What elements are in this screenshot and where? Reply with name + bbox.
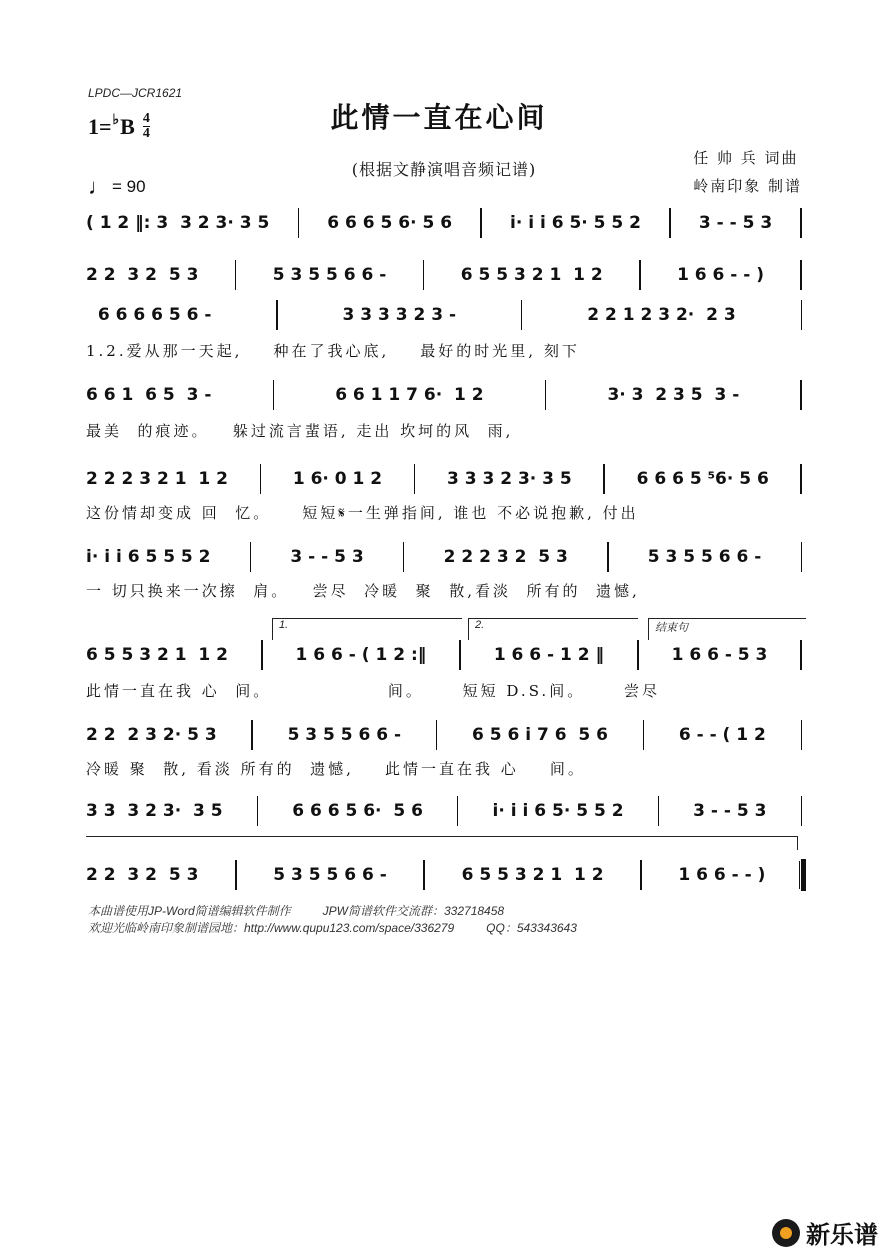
barline	[235, 860, 237, 890]
measure: 3 3 3 2 3· 3 5	[447, 469, 572, 489]
lyric-line: 最美 的痕迹。 躲过流言蜚语, 走出 坎坷的风 雨,	[86, 420, 806, 441]
barline	[414, 464, 416, 494]
barline	[423, 860, 425, 890]
barline	[480, 208, 482, 238]
notation-line: i· i i 6 5 5 5 23 - - 5 32 2 2 3 2 5 35 …	[86, 540, 806, 574]
barline	[801, 300, 803, 330]
measure: 5 3 5 5 6 6 -	[648, 547, 762, 567]
measure: 6 6 6 5 6· 5 6	[292, 801, 423, 821]
barline	[260, 464, 262, 494]
song-title: 此情一直在心间	[0, 96, 888, 136]
barline	[801, 720, 803, 750]
measure: 6 - - ( 1 2	[679, 725, 766, 745]
lyric-line: 冷暖 聚 散, 看淡 所有的 遗憾, 此情一直在我 心 间。	[86, 758, 806, 779]
measure: 3· 3 2 3 5 3 -	[607, 385, 739, 405]
barline	[607, 542, 609, 572]
measure: 2 2 3 2 5 3	[86, 865, 198, 885]
barline	[800, 464, 802, 494]
barline	[235, 260, 237, 290]
site-logo: 新乐谱	[772, 1215, 878, 1250]
footer-row-2: 欢迎光临岭南印象制谱园地：http://www.qupu123.com/spac…	[88, 920, 577, 937]
footer-website: 欢迎光临岭南印象制谱园地：http://www.qupu123.com/spac…	[88, 920, 454, 937]
barline	[603, 464, 605, 494]
measure: 1 6 6 - ( 1 2 :‖	[296, 645, 427, 665]
measure: 6 6 6 5 ⁵6· 5 6	[637, 469, 769, 489]
barline	[403, 542, 405, 572]
barline	[639, 260, 641, 290]
barline	[250, 542, 252, 572]
measure: 1 6 6 - - )	[677, 265, 764, 285]
system-connector-end	[797, 836, 798, 850]
measure: 5 3 5 5 6 6 -	[273, 865, 387, 885]
barline	[637, 640, 639, 670]
notation-line: 3 3 3 2 3· 3 56 6 6 5 6· 5 6i· i i 6 5· …	[86, 794, 806, 828]
measure: 3 - - 5 3	[693, 801, 766, 821]
barline	[801, 796, 803, 826]
measure: 6 6 6 6 5 6 -	[86, 305, 211, 325]
measure: 3 - - 5 3	[290, 547, 363, 567]
barline	[251, 720, 253, 750]
notation-line: 6 6 6 6 5 6 -3 3 3 3 2 3 -2 2 1 2 3 2· 2…	[86, 298, 806, 332]
measure: 3 - - 5 3	[699, 213, 772, 233]
barline	[298, 208, 300, 238]
lyric-line: 这份情却变成 回 忆。 短短𝄋一生弹指间, 谁也 不必说抱歉, 付出	[86, 502, 806, 523]
credit-lyrics-music: 任 帅 兵 词曲	[693, 144, 802, 172]
measure: 1 6 6 - 5 3	[672, 645, 768, 665]
measure: 3 3 3 2 3· 3 5	[86, 801, 223, 821]
measure: 5 3 5 5 6 6 -	[273, 265, 387, 285]
barline	[643, 720, 645, 750]
measure: i· i i 6 5 5 5 2	[86, 547, 211, 567]
notation-line: 6 5 5 3 2 1 1 21 6 6 - ( 1 2 :‖1 6 6 - 1…	[86, 638, 806, 672]
tempo-value: = 90	[112, 177, 146, 197]
footer: 本曲谱使用JP-Word简谱编辑软件制作 JPW简谱软件交流群：33271845…	[88, 903, 577, 937]
measure: 2 2 3 2 5 3	[86, 265, 198, 285]
final-barline	[801, 859, 806, 891]
measure: 6 5 5 3 2 1 1 2	[462, 865, 604, 885]
measure: 6 6 6 5 6· 5 6	[327, 213, 452, 233]
barline	[457, 796, 459, 826]
measure: 3 3 3 3 2 3 -	[343, 305, 457, 325]
measure: 5 3 5 5 6 6 -	[288, 725, 402, 745]
measure: ( 1 2 ‖: 3 3 2 3· 3 5	[86, 213, 269, 233]
measure: 2 2 2 3 2 1 1 2	[86, 469, 228, 489]
logo-text: 新乐谱	[806, 1215, 878, 1250]
measure: 6 5 6 i 7 6 5 6	[472, 725, 608, 745]
measure: 1 6 6 - 1 2 ‖	[494, 645, 604, 665]
barline	[545, 380, 547, 410]
barline	[800, 640, 802, 670]
barline	[800, 208, 802, 238]
lyric-line: 1.2.爱从那一天起, 种在了我心底, 最好的时光里, 刻下	[86, 340, 806, 361]
notation-line: 6 6 1 6 5 3 -6 6 1 1 7 6· 1 23· 3 2 3 5 …	[86, 378, 806, 412]
system-connector	[86, 836, 798, 837]
notation-line: 2 2 2 3 2 1 1 21 6· 0 1 23 3 3 2 3· 3 56…	[86, 462, 806, 496]
barline	[800, 260, 802, 290]
lyric-line: 一 切只换来一次擦 肩。 尝尽 冷暖 聚 散,看淡 所有的 遗憾,	[86, 580, 806, 601]
barline	[436, 720, 438, 750]
lyric-line: 此情一直在我 心 间。 间。 短短 D.S.间。 尝尽	[86, 680, 806, 701]
footer-row-1: 本曲谱使用JP-Word简谱编辑软件制作 JPW简谱软件交流群：33271845…	[88, 903, 577, 920]
measure: 2 2 2 3 2 5 3	[444, 547, 568, 567]
measure: 6 6 1 6 5 3 -	[86, 385, 211, 405]
barline	[800, 380, 802, 410]
barline	[640, 860, 642, 890]
vinyl-disc-icon	[772, 1219, 800, 1247]
credits: 任 帅 兵 词曲 岭南印象 制谱	[693, 144, 802, 200]
measure: 2 2 2 3 2· 5 3	[86, 725, 217, 745]
measure: 6 5 5 3 2 1 1 2	[86, 645, 228, 665]
measure: i· i i 6 5· 5 5 2	[510, 213, 641, 233]
barline	[273, 380, 275, 410]
barline	[459, 640, 461, 670]
barline	[669, 208, 671, 238]
barline	[658, 796, 660, 826]
volta-bracket: 2.	[468, 618, 638, 640]
footer-software-note: 本曲谱使用JP-Word简谱编辑软件制作	[88, 903, 291, 920]
credit-transcriber: 岭南印象 制谱	[693, 172, 802, 200]
barline	[276, 300, 278, 330]
measure: 2 2 1 2 3 2· 2 3	[587, 305, 735, 325]
barline	[423, 260, 425, 290]
measure: 6 5 5 3 2 1 1 2	[461, 265, 603, 285]
footer-qq: QQ：543343643	[486, 920, 577, 937]
notation-line: ( 1 2 ‖: 3 3 2 3· 3 56 6 6 5 6· 5 6i· i …	[86, 206, 806, 240]
measure: 1 6· 0 1 2	[293, 469, 382, 489]
measure: 6 6 1 1 7 6· 1 2	[335, 385, 483, 405]
volta-bracket: 结束句	[648, 618, 806, 640]
notation-line: 2 2 3 2 5 35 3 5 5 6 6 -6 5 5 3 2 1 1 21…	[86, 258, 806, 292]
notation-line: 2 2 2 3 2· 5 35 3 5 5 6 6 -6 5 6 i 7 6 5…	[86, 718, 806, 752]
measure: 1 6 6 - - )	[678, 865, 765, 885]
notation-line: 2 2 3 2 5 35 3 5 5 6 6 -6 5 5 3 2 1 1 21…	[86, 858, 806, 892]
barline	[521, 300, 523, 330]
barline	[801, 542, 803, 572]
footer-group-number: JPW简谱软件交流群：332718458	[323, 903, 504, 920]
barline	[257, 796, 259, 826]
barline	[261, 640, 263, 670]
measure: i· i i 6 5· 5 5 2	[493, 801, 624, 821]
volta-bracket: 1.	[272, 618, 462, 640]
